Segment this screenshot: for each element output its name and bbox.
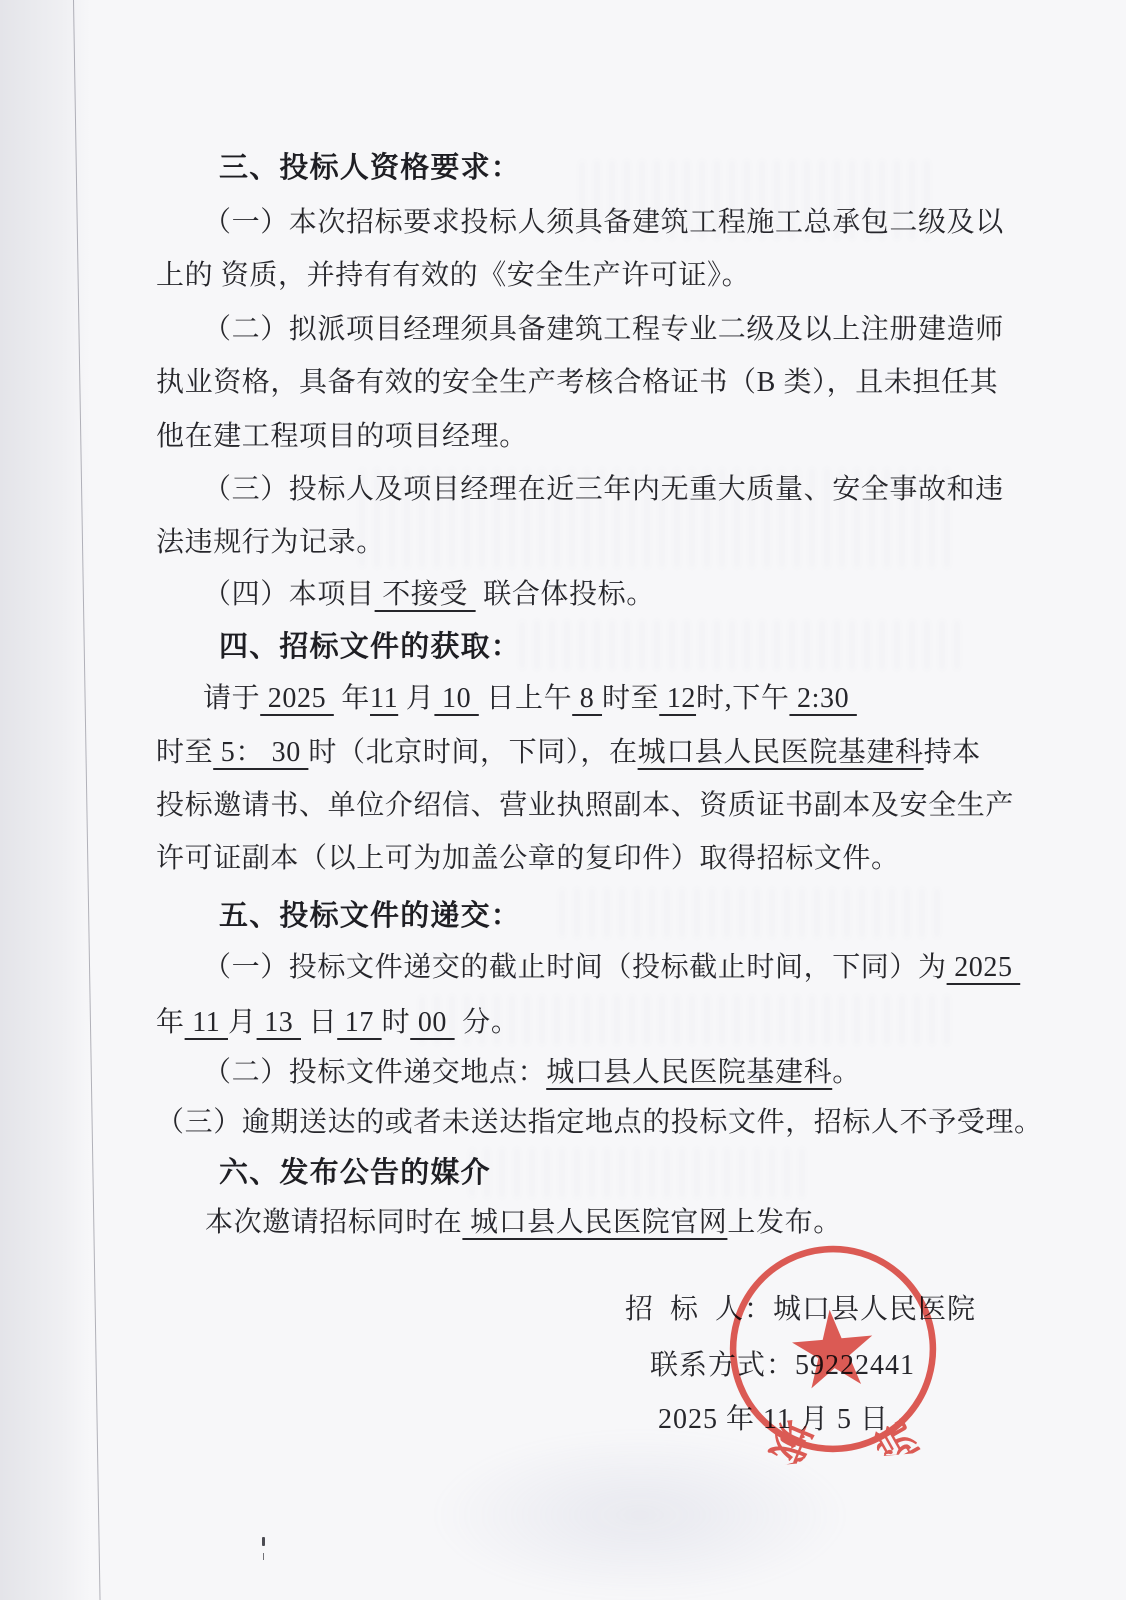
text-segment: （三）逾期送达的或者未送达指定地点的投标文件，招标人不予受理。 <box>156 1107 1043 1138</box>
heading-section-four: 四、招标文件的获取： <box>219 627 521 667</box>
clause-5-2: （二）投标文件递交地点：城口县人民医院基建科。 <box>203 1053 861 1093</box>
paper-fold-line <box>73 0 101 1600</box>
clause-5-3: （三）逾期送达的或者未送达指定地点的投标文件，招标人不予受理。 <box>156 1103 1043 1143</box>
stray-ink-mark <box>262 1537 265 1546</box>
text-segment: 请于 <box>203 683 260 714</box>
signature-bidder: 招 标 人：城口县人民医院 <box>625 1290 976 1330</box>
text-segment: 五、投标文件的递交： <box>219 900 521 932</box>
signature-contact: 联系方式：59222441 <box>650 1346 915 1386</box>
clause-3-4: （四）本项目 不接受 联合体投标。 <box>203 575 655 615</box>
text-segment: 六、发布公告的媒介 <box>219 1157 491 1189</box>
text-segment: 联合体投标。 <box>476 579 655 610</box>
text-segment: 时（北京时间，下同），在 <box>308 737 637 768</box>
signature-date: 2025 年 11 月 5 日 <box>658 1400 889 1440</box>
bleed-through-artifact <box>520 620 960 670</box>
text-segment: （二）拟派项目经理须具备建筑工程专业二级及以上注册建造师 <box>203 314 1004 345</box>
heading-section-five: 五、投标文件的递交： <box>219 896 521 936</box>
underlined-blank: 11 <box>370 683 398 714</box>
underlined-blank: 17 <box>337 1007 381 1038</box>
text-segment: 三、投标人资格要求： <box>219 152 521 184</box>
clause-6-line-1: 本次邀请招标同时在 城口县人民医院官网上发布。 <box>205 1203 842 1243</box>
clause-4-line-1: 请于 2025 年11 月 10 日上午 8 时至 12时,下午 2:30 <box>203 679 857 719</box>
underlined-blank: 2025 <box>947 952 1021 983</box>
scan-edge-shadow <box>0 0 90 1600</box>
clause-3-3-line-2: 法违规行为记录。 <box>156 523 385 563</box>
text-segment: （一）本次招标要求投标人须具备建筑工程施工总承包二级及以 <box>203 207 1004 238</box>
text-segment: 联系方式：59222441 <box>650 1350 915 1381</box>
heading-section-three: 三、投标人资格要求： <box>219 148 521 188</box>
text-segment: 上的 资质，并持有有效的《安全生产许可证》。 <box>156 260 750 291</box>
underlined-blank: 12 <box>659 683 696 714</box>
bleed-through-artifact <box>470 1148 810 1198</box>
underlined-blank: 2:30 <box>789 683 856 714</box>
underlined-media: 城口县人民医院官网 <box>462 1207 727 1238</box>
underlined-blank: 5： 30 <box>213 737 308 768</box>
clause-3-2-line-1: （二）拟派项目经理须具备建筑工程专业二级及以上注册建造师 <box>203 310 1004 350</box>
underlined-blank: 00 <box>410 1007 454 1038</box>
text-segment: 法违规行为记录。 <box>156 527 385 558</box>
text-segment: 时,下午 <box>696 683 789 714</box>
clause-3-2-line-3: 他在建工程项目的项目经理。 <box>156 417 528 457</box>
clause-4-line-3: 投标邀请书、单位介绍信、营业执照副本、资质证书副本及安全生产 <box>156 786 1014 826</box>
text-segment: 本次邀请招标同时在 <box>205 1207 462 1238</box>
underlined-blank: 11 <box>185 1007 228 1038</box>
underlined-blank: 8 <box>572 683 602 714</box>
text-segment: 时 <box>382 1007 411 1038</box>
scanned-document-page: 三、投标人资格要求： （一）本次招标要求投标人须具备建筑工程施工总承包二级及以 … <box>0 0 1126 1600</box>
clause-3-2-line-2: 执业资格，具备有效的安全生产考核合格证书（B 类），且未担任其 <box>156 363 998 403</box>
underlined-blank: 13 <box>257 1007 301 1038</box>
text-segment: 持本 <box>924 737 981 768</box>
text-segment: 。 <box>832 1057 861 1088</box>
clause-5-1-line-1: （一）投标文件递交的截止时间（投标截止时间，下同）为 2025 <box>203 948 1020 988</box>
clause-5-1-line-2: 年 11 月 13 日 17 时 00 分。 <box>156 1003 519 1043</box>
text-segment: （一）投标文件递交的截止时间（投标截止时间，下同）为 <box>203 952 947 983</box>
underlined-location: 城口县人民医院基建科 <box>546 1057 832 1088</box>
text-segment: 时至 <box>602 683 659 714</box>
text-segment: 他在建工程项目的项目经理。 <box>156 421 528 452</box>
scan-smudge <box>430 1430 850 1600</box>
text-segment: 上发布。 <box>727 1207 841 1238</box>
text-segment: 日上午 <box>479 683 572 714</box>
underlined-blank: 2025 <box>260 683 334 714</box>
bleed-through-artifact <box>560 888 940 938</box>
underlined-blank: 不接受 <box>375 579 476 610</box>
text-segment: 分。 <box>455 1007 520 1038</box>
text-segment: 许可证副本（以上可为加盖公章的复印件）取得招标文件。 <box>156 843 900 874</box>
text-segment: 2025 年 11 月 5 日 <box>658 1404 889 1435</box>
text-segment: 月 <box>228 1007 257 1038</box>
text-segment: 招 标 人：城口县人民医院 <box>625 1294 976 1325</box>
clause-3-1-line-1: （一）本次招标要求投标人须具备建筑工程施工总承包二级及以 <box>203 203 1004 243</box>
clause-4-line-4: 许可证副本（以上可为加盖公章的复印件）取得招标文件。 <box>156 839 900 879</box>
text-segment: 年 <box>156 1007 185 1038</box>
text-segment: 投标邀请书、单位介绍信、营业执照副本、资质证书副本及安全生产 <box>156 790 1014 821</box>
text-segment: （三）投标人及项目经理在近三年内无重大质量、安全事故和违 <box>203 474 1004 505</box>
text-segment: （二）投标文件递交地点： <box>203 1057 546 1088</box>
text-segment: 时至 <box>156 737 213 768</box>
underlined-location: 城口县人民医院基建科 <box>638 737 924 768</box>
text-segment: 四、招标文件的获取： <box>219 631 521 663</box>
clause-3-3-line-1: （三）投标人及项目经理在近三年内无重大质量、安全事故和违 <box>203 470 1004 510</box>
text-segment: 年 <box>334 683 370 714</box>
clause-4-line-2: 时至 5： 30 时（北京时间，下同），在城口县人民医院基建科持本 <box>156 733 981 773</box>
underlined-blank: 10 <box>434 683 478 714</box>
text-segment: 月 <box>398 683 434 714</box>
clause-3-1-line-2: 上的 资质，并持有有效的《安全生产许可证》。 <box>156 256 750 296</box>
text-segment: 日 <box>301 1007 337 1038</box>
heading-section-six: 六、发布公告的媒介 <box>219 1153 491 1193</box>
text-segment: 执业资格，具备有效的安全生产考核合格证书（B 类），且未担任其 <box>156 367 998 398</box>
text-segment: （四）本项目 <box>203 579 375 610</box>
